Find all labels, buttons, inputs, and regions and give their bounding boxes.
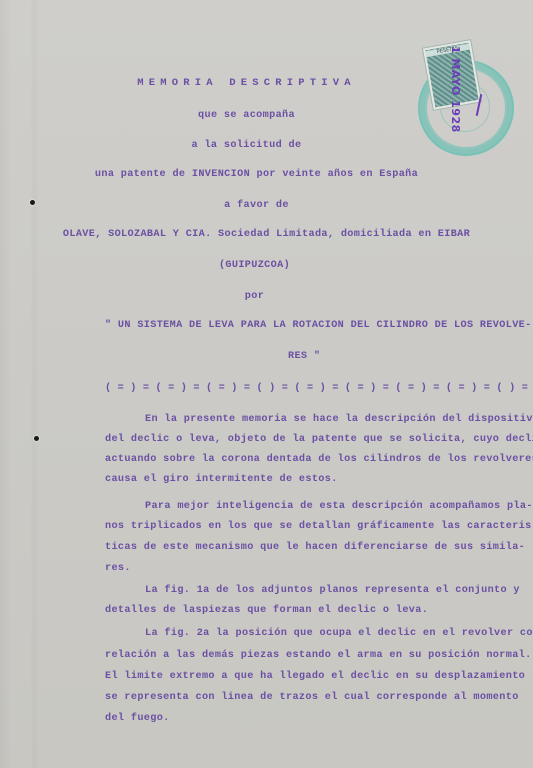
paragraph-line: La fig. 1a de los adjuntos planos repres… xyxy=(145,585,520,596)
applicant-line: OLAVE, SOLOZABAL Y CIA. Sociedad Limitad… xyxy=(0,229,533,240)
paragraph-line: El limite extremo a que ha llegado el de… xyxy=(105,671,525,682)
document-title: MEMORIA DESCRIPTIVA xyxy=(0,77,513,89)
paragraph-line: ticas de este mecanismo que le hacen dif… xyxy=(105,542,525,553)
header-line: a la solicitud de xyxy=(0,140,513,151)
province-line: (GUIPUZCOA) xyxy=(0,260,521,271)
header-line: a favor de xyxy=(0,200,523,211)
paragraph-line: actuando sobre la corona dentada de los … xyxy=(105,454,533,465)
invention-title-line: " UN SISTEMA DE LEVA PARA LA ROTACION DE… xyxy=(105,320,532,331)
header-line: que se acompaña xyxy=(0,110,513,121)
paragraph-line: se representa con linea de trazos el cua… xyxy=(105,692,519,703)
paragraph-line: res. xyxy=(105,563,131,574)
paragraph-line: Para mejor inteligencia de esta descripc… xyxy=(145,501,533,512)
paragraph-line: nos triplicados en los que se detallan g… xyxy=(105,521,533,532)
paragraph-line: causa el giro intermitente de estos. xyxy=(105,474,338,485)
header-line: una patente de INVENCION por veinte años… xyxy=(0,169,523,180)
punch-hole-bottom xyxy=(34,436,39,441)
invention-title-line: RES " xyxy=(288,351,320,362)
paragraph-line: del fuego. xyxy=(105,713,170,724)
paragraph-line: del declic o leva, objeto de la patente … xyxy=(105,434,533,445)
paragraph-line: relación a las demás piezas estando el a… xyxy=(105,650,532,661)
paragraph-line: En la presente memoria se hace la descri… xyxy=(145,414,533,425)
paragraph-line: La fig. 2a la posición que ocupa el decl… xyxy=(145,628,533,639)
document-page: PESETAS 1 MAYO 1928 MEMORIA DESCRIPTIVA … xyxy=(0,0,533,768)
header-line: por xyxy=(0,291,521,302)
separator-line: ( = ) = ( = ) = ( = ) = ( ) = ( = ) = ( … xyxy=(105,383,528,394)
paragraph-line: detalles de laspiezas que forman el decl… xyxy=(105,605,428,616)
revenue-stamp-label: PESETAS xyxy=(425,44,469,58)
